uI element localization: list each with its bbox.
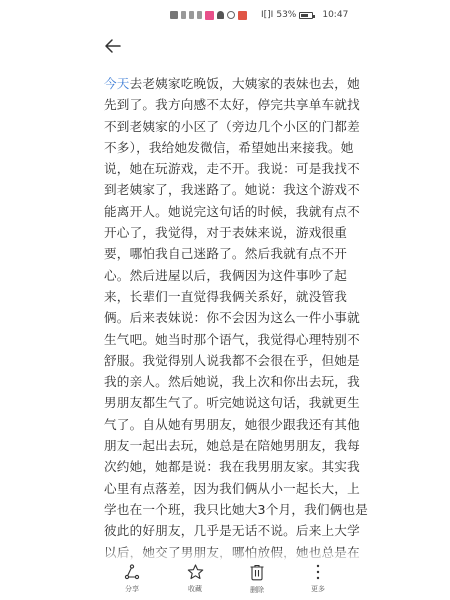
hd-icon — [170, 11, 178, 19]
share-label: 分享 — [125, 584, 139, 594]
note-line: 今天去老姨家吃晚饭，大姨家的表妹也去，她 — [104, 73, 344, 94]
location-icon — [227, 11, 235, 19]
date-link[interactable]: 今天 — [104, 76, 130, 91]
trash-icon — [249, 564, 265, 581]
star-icon — [187, 564, 204, 580]
wifi-icon — [197, 11, 202, 19]
phone-screen: I[]I 53% 10:47 今天去老姨家吃晚饭，大姨家的表妹也去，她 先到了。… — [0, 0, 450, 600]
share-icon — [124, 564, 140, 580]
status-bar: I[]I 53% 10:47 — [170, 8, 348, 22]
note-line: 心。然后进屋以后，我俩因为这件事吵了起 — [104, 265, 344, 286]
note-line: 气了。自从她有男朋友，她很少跟我还有其他 — [104, 414, 344, 435]
note-line: 俩。后来表妹说：你不会因为这么一件小事就 — [104, 307, 344, 328]
signal-2-icon — [189, 11, 194, 19]
note-line: 生气吧。她当时那个语气，我觉得心理特别不 — [104, 329, 344, 350]
more-button[interactable]: 更多 — [298, 564, 338, 594]
note-line: 我的亲人。然后她说，我上次和你出去玩，我 — [104, 371, 344, 392]
note-content[interactable]: 今天去老姨家吃晚饭，大姨家的表妹也去，她 先到了。我方向感不太好，停完共享单车就… — [104, 73, 344, 563]
arrow-left-icon — [104, 38, 122, 54]
note-line: 心里有点落差，因为我们俩从小一起长大，上 — [104, 478, 344, 499]
note-line: 先到了。我方向感不太好，停完共享单车就找 — [104, 94, 344, 115]
signal-1-icon — [181, 11, 186, 19]
more-label: 更多 — [311, 584, 325, 594]
note-line: 说，她在玩游戏，走不开。我说：可是我找不 — [104, 158, 344, 179]
note-line: 来，长辈们一直觉得我俩关系好，就没管我 — [104, 286, 344, 307]
note-line: 能离开人。她说完这句话的时候，我就有点不 — [104, 201, 344, 222]
note-line: 学也在一个班，我只比她大3个月，我们俩也是 — [104, 499, 344, 520]
more-vertical-icon — [315, 564, 321, 580]
note-line: 开心了，我觉得，对于表妹来说，游戏很重 — [104, 222, 344, 243]
note-line: 彼此的好朋友，几乎是无话不说。后来上大学 — [104, 520, 344, 541]
battery-percent: 53% — [276, 10, 296, 20]
bottom-action-bar: 分享 收藏 删除 更多 — [0, 560, 450, 600]
favorite-button[interactable]: 收藏 — [175, 564, 215, 594]
note-line: 次约她，她都是说：我在我男朋友家。其实我 — [104, 456, 344, 477]
share-button[interactable]: 分享 — [112, 564, 152, 594]
note-line: 要，哪怕我自己迷路了。然后我就有点不开 — [104, 243, 344, 264]
vibrate-icon: I[]I — [261, 10, 273, 20]
delete-label: 删除 — [250, 585, 264, 595]
note-line: 不到老姨家的小区了（旁边几个小区的门都差 — [104, 116, 344, 137]
note-line: 朋友一起出去玩，她总是在陪她男朋友，我每 — [104, 435, 344, 456]
note-line: 不多），我给她发微信，希望她出来接我。她 — [104, 137, 344, 158]
note-line: 男朋友都生气了。听完她说这句话，我就更生 — [104, 392, 344, 413]
favorite-label: 收藏 — [188, 584, 202, 594]
bell-icon — [217, 11, 224, 19]
battery-icon — [299, 12, 313, 19]
clock: 10:47 — [322, 10, 348, 20]
delete-button[interactable]: 删除 — [237, 564, 277, 595]
note-line: 舒服。我觉得别人说我都不会很在乎，但她是 — [104, 350, 344, 371]
app-notification-red-icon — [238, 11, 247, 20]
note-line: 到老姨家了，我迷路了。她说：我这个游戏不 — [104, 179, 344, 200]
back-button[interactable] — [102, 36, 124, 56]
app-notification-icon — [205, 11, 214, 20]
